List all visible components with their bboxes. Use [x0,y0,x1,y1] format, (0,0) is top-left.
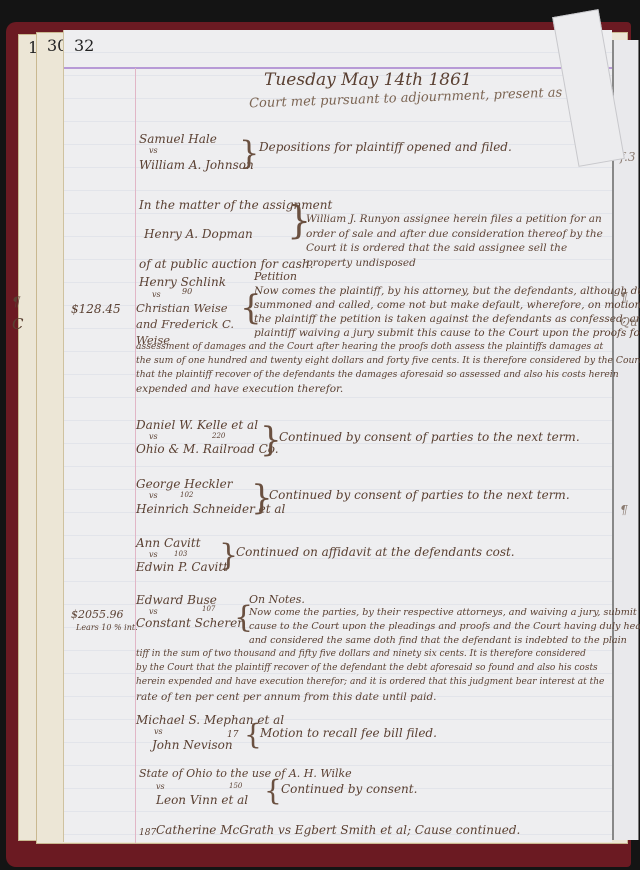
entry-note: Continued by consent. [281,782,417,796]
entry-line: Now come the parties, by their respectiv… [249,607,640,618]
entry-line: the sum of one hundred and twenty eight … [136,355,640,366]
versus-label: vs [152,290,161,299]
entry-line: and considered the same doth find that t… [249,635,627,646]
plaintiff-name: Michael S. Mephan et al [136,713,284,727]
right-margin-mark: ¶ [620,503,628,517]
defendant-name: William A. Johnson [139,158,254,172]
margin-amount: $2055.96 [71,608,124,621]
plaintiff-name: Samuel Hale [139,132,217,146]
entry-note: Continued by consent of parties to the n… [279,430,580,444]
entry-line: rate of ten per cent per annum from this… [136,691,437,703]
entry-note: Depositions for plaintiff opened and fil… [259,140,512,154]
case-number: 150 [229,782,242,790]
versus-label: vs [149,491,158,500]
header-rule [64,67,612,69]
case-number: 220 [212,432,225,440]
entry-heading: On Notes. [249,593,305,606]
defendant-name: Edwin P. Cavitt [136,560,228,574]
case-number: 107 [202,605,215,613]
entry-line: tiff in the sum of two thousand and fift… [136,649,586,659]
plaintiff-name: State of Ohio to the use of A. H. Wilke [139,767,352,780]
versus-label: vs [154,727,163,736]
case-number: 187 [139,828,156,838]
entry-note: Continued by consent of parties to the n… [269,488,570,502]
case-number: 103 [174,550,187,558]
versus-label: vs [156,782,165,791]
leaf-number-1: 1 [28,38,38,57]
case-number: 102 [180,491,193,499]
ledger-page: 32 Tuesday May 14th 1861 Court met pursu… [63,30,612,842]
plaintiff-name: Ann Cavitt [136,536,201,550]
entry-line: that the plaintiff recover of the defend… [136,369,619,380]
case-number: 90 [182,287,192,296]
entry-line: assessment of damages and the Court afte… [136,341,603,352]
entry-line: Catherine McGrath vs Egbert Smith et al;… [156,823,520,837]
party-name: Henry A. Dopman [144,227,253,241]
left-margin-mark: ¶ [12,295,20,310]
entry-line: Now comes the plaintiff, by his attorney… [254,285,640,297]
entry-line: the plaintiff the petition is taken agai… [254,313,640,325]
plaintiff-name: Daniel W. Kelle et al [136,418,258,432]
entry-line: cause to the Court upon the pleadings an… [249,621,640,632]
margin-amount: $128.45 [71,302,121,316]
defendant-name: Ohio & M. Railroad Co. [136,442,279,456]
versus-label: vs [149,146,158,155]
brace: { [264,774,282,807]
page-date-heading: Tuesday May 14th 1861 [264,70,472,90]
defendant-name: Constant Scherer [136,616,243,630]
left-margin-mark: C [12,315,23,333]
page-number: 32 [74,36,94,55]
entry-line: by the Court that the plaintiff recover … [136,663,598,673]
entry-line: summoned and called, come not but make d… [254,299,640,311]
defendant-name: John Nevison [152,738,233,752]
versus-label: vs [149,432,158,441]
versus-label: vs [149,550,158,559]
plaintiff-name: George Heckler [136,477,232,491]
defendant-name: Leon Vinn et al [156,793,248,807]
versus-label: vs [149,607,158,616]
brace: } [239,134,259,172]
party-continued: of at public auction for cash. [139,257,313,271]
entry-line: expended and have execution therefor. [136,383,343,395]
entry-note: Motion to recall fee bill filed. [260,726,437,740]
entry-heading: Petition [254,270,297,283]
entry-note: William J. Runyon assignee herein files … [306,212,606,270]
entry-line: plaintiff waiving a jury submit this cau… [254,327,640,339]
entry-line: herein expended and have execution there… [136,677,604,687]
margin-note: Lears 10 % int. [76,623,138,632]
entry-note: Continued on affidavit at the defendants… [236,545,515,559]
